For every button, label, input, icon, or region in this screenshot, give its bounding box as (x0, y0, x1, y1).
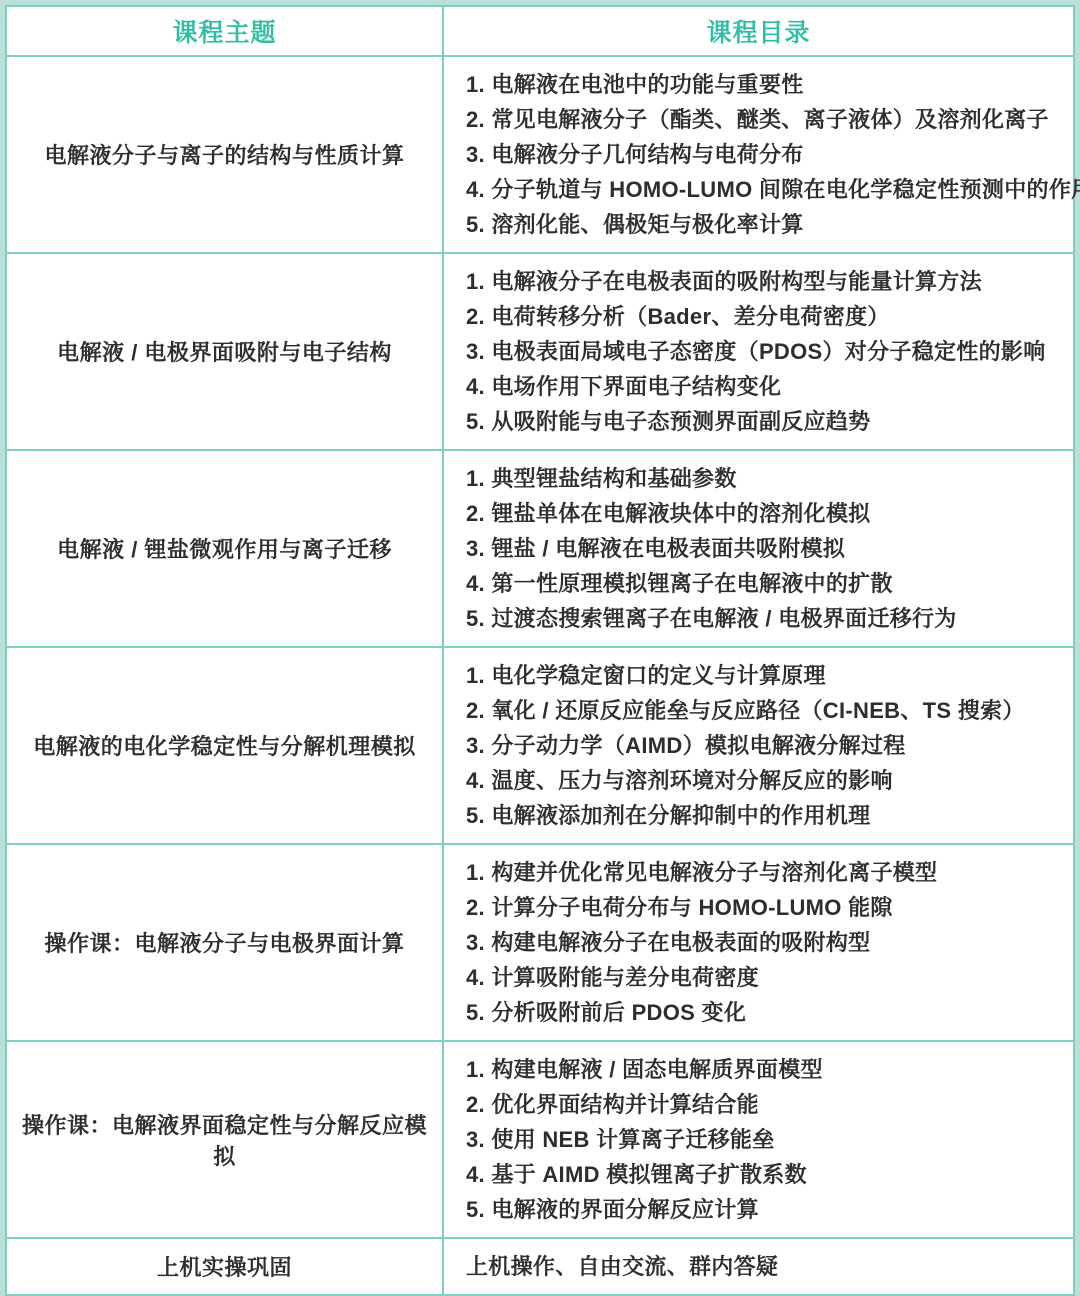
toc-item: 1. 构建并优化常见电解液分子与溶剂化离子模型 (466, 855, 1055, 890)
column-header-topic: 课程主题 (6, 6, 443, 56)
toc-item: 2. 锂盐单体在电解液块体中的溶剂化模拟 (466, 496, 1055, 531)
toc-item: 4. 温度、压力与溶剂环境对分解反应的影响 (466, 763, 1055, 798)
toc-item: 1. 电解液分子在电极表面的吸附构型与能量计算方法 (466, 264, 1055, 299)
column-header-toc: 课程目录 (443, 6, 1074, 56)
toc-cell: 1. 构建并优化常见电解液分子与溶剂化离子模型 2. 计算分子电荷分布与 HOM… (443, 844, 1074, 1041)
toc-item: 4. 电场作用下界面电子结构变化 (466, 369, 1055, 404)
toc-cell: 1. 构建电解液 / 固态电解质界面模型 2. 优化界面结构并计算结合能 3. … (443, 1041, 1074, 1238)
toc-item: 2. 氧化 / 还原反应能垒与反应路径（CI-NEB、TS 搜索） (466, 693, 1055, 728)
table-row: 上机实操巩固 上机操作、自由交流、群内答疑 (6, 1238, 1074, 1295)
toc-item: 1. 电解液在电池中的功能与重要性 (466, 67, 1055, 102)
table-row: 电解液 / 电极界面吸附与电子结构 1. 电解液分子在电极表面的吸附构型与能量计… (6, 253, 1074, 450)
toc-item: 3. 分子动力学（AIMD）模拟电解液分解过程 (466, 728, 1055, 763)
toc-item: 4. 第一性原理模拟锂离子在电解液中的扩散 (466, 566, 1055, 601)
toc-item: 4. 分子轨道与 HOMO-LUMO 间隙在电化学稳定性预测中的作用 (466, 172, 1055, 207)
toc-item: 2. 电荷转移分析（Bader、差分电荷密度） (466, 299, 1055, 334)
toc-item: 1. 构建电解液 / 固态电解质界面模型 (466, 1052, 1055, 1087)
toc-item: 5. 电解液的界面分解反应计算 (466, 1192, 1055, 1227)
table-row: 操作课：电解液分子与电极界面计算 1. 构建并优化常见电解液分子与溶剂化离子模型… (6, 844, 1074, 1041)
topic-cell: 上机实操巩固 (6, 1238, 443, 1295)
course-syllabus-table: 课程主题 课程目录 电解液分子与离子的结构与性质计算 1. 电解液在电池中的功能… (5, 5, 1075, 1296)
toc-item: 上机操作、自由交流、群内答疑 (466, 1249, 1055, 1284)
toc-list: 上机操作、自由交流、群内答疑 (466, 1249, 1055, 1284)
toc-cell: 上机操作、自由交流、群内答疑 (443, 1238, 1074, 1295)
toc-list: 1. 构建电解液 / 固态电解质界面模型 2. 优化界面结构并计算结合能 3. … (466, 1052, 1055, 1227)
toc-item: 3. 电解液分子几何结构与电荷分布 (466, 137, 1055, 172)
toc-cell: 1. 电化学稳定窗口的定义与计算原理 2. 氧化 / 还原反应能垒与反应路径（C… (443, 647, 1074, 844)
toc-item: 3. 使用 NEB 计算离子迁移能垒 (466, 1122, 1055, 1157)
toc-item: 5. 溶剂化能、偶极矩与极化率计算 (466, 207, 1055, 242)
toc-item: 4. 基于 AIMD 模拟锂离子扩散系数 (466, 1157, 1055, 1192)
toc-item: 2. 优化界面结构并计算结合能 (466, 1087, 1055, 1122)
header-row: 课程主题 课程目录 (6, 6, 1074, 56)
topic-cell: 电解液分子与离子的结构与性质计算 (6, 56, 443, 253)
toc-item: 1. 典型锂盐结构和基础参数 (466, 461, 1055, 496)
table-row: 电解液的电化学稳定性与分解机理模拟 1. 电化学稳定窗口的定义与计算原理 2. … (6, 647, 1074, 844)
table-row: 操作课：电解液界面稳定性与分解反应模拟 1. 构建电解液 / 固态电解质界面模型… (6, 1041, 1074, 1238)
page-frame: 课程主题 课程目录 电解液分子与离子的结构与性质计算 1. 电解液在电池中的功能… (0, 0, 1080, 1181)
toc-item: 3. 构建电解液分子在电极表面的吸附构型 (466, 925, 1055, 960)
toc-list: 1. 电化学稳定窗口的定义与计算原理 2. 氧化 / 还原反应能垒与反应路径（C… (466, 658, 1055, 833)
toc-item: 5. 电解液添加剂在分解抑制中的作用机理 (466, 798, 1055, 833)
topic-cell: 操作课：电解液分子与电极界面计算 (6, 844, 443, 1041)
topic-cell: 操作课：电解液界面稳定性与分解反应模拟 (6, 1041, 443, 1238)
topic-cell: 电解液 / 锂盐微观作用与离子迁移 (6, 450, 443, 647)
toc-item: 5. 从吸附能与电子态预测界面副反应趋势 (466, 404, 1055, 439)
toc-item: 2. 常见电解液分子（酯类、醚类、离子液体）及溶剂化离子 (466, 102, 1055, 137)
toc-item: 2. 计算分子电荷分布与 HOMO-LUMO 能隙 (466, 890, 1055, 925)
toc-item: 3. 电极表面局域电子态密度（PDOS）对分子稳定性的影响 (466, 334, 1055, 369)
toc-list: 1. 电解液在电池中的功能与重要性 2. 常见电解液分子（酯类、醚类、离子液体）… (466, 67, 1055, 242)
toc-cell: 1. 电解液在电池中的功能与重要性 2. 常见电解液分子（酯类、醚类、离子液体）… (443, 56, 1074, 253)
topic-cell: 电解液 / 电极界面吸附与电子结构 (6, 253, 443, 450)
toc-item: 1. 电化学稳定窗口的定义与计算原理 (466, 658, 1055, 693)
toc-item: 3. 锂盐 / 电解液在电极表面共吸附模拟 (466, 531, 1055, 566)
toc-list: 1. 电解液分子在电极表面的吸附构型与能量计算方法 2. 电荷转移分析（Bade… (466, 264, 1055, 439)
table-row: 电解液 / 锂盐微观作用与离子迁移 1. 典型锂盐结构和基础参数 2. 锂盐单体… (6, 450, 1074, 647)
toc-list: 1. 构建并优化常见电解液分子与溶剂化离子模型 2. 计算分子电荷分布与 HOM… (466, 855, 1055, 1030)
toc-item: 5. 分析吸附前后 PDOS 变化 (466, 995, 1055, 1030)
toc-item: 5. 过渡态搜索锂离子在电解液 / 电极界面迁移行为 (466, 601, 1055, 636)
toc-cell: 1. 典型锂盐结构和基础参数 2. 锂盐单体在电解液块体中的溶剂化模拟 3. 锂… (443, 450, 1074, 647)
table-row: 电解液分子与离子的结构与性质计算 1. 电解液在电池中的功能与重要性 2. 常见… (6, 56, 1074, 253)
toc-list: 1. 典型锂盐结构和基础参数 2. 锂盐单体在电解液块体中的溶剂化模拟 3. 锂… (466, 461, 1055, 636)
topic-cell: 电解液的电化学稳定性与分解机理模拟 (6, 647, 443, 844)
toc-item: 4. 计算吸附能与差分电荷密度 (466, 960, 1055, 995)
toc-cell: 1. 电解液分子在电极表面的吸附构型与能量计算方法 2. 电荷转移分析（Bade… (443, 253, 1074, 450)
